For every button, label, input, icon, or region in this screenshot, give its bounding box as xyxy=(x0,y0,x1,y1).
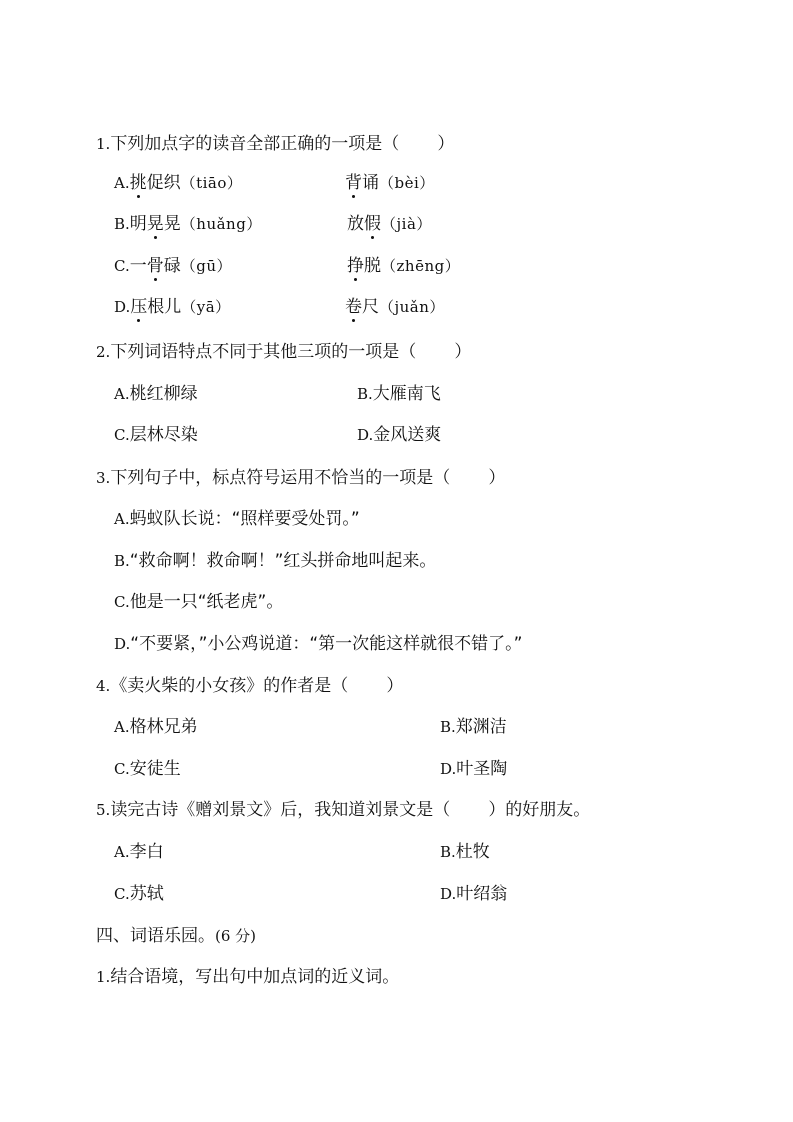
option-label: C. xyxy=(114,426,130,444)
option-label: B. xyxy=(114,552,130,570)
option-text: 杜牧 xyxy=(456,842,490,862)
question-4-stem: 4.《卖火柴的小女孩》的作者是（） xyxy=(96,675,403,697)
q5-option-c[interactable]: C.苏轼 xyxy=(114,883,164,905)
question-number: 4. xyxy=(96,677,110,695)
q3-option-a[interactable]: A.蚂蚁队长说：“照样要受处罚。” xyxy=(114,508,360,530)
pinyin: （bèi） xyxy=(379,174,435,192)
question-text: 下列句子中，标点符号运用不恰当的一项是（ xyxy=(110,468,450,488)
question-5-stem: 5.读完古诗《赠刘景文》后，我知道刘景文是（）的好朋友。 xyxy=(96,799,590,821)
q5-option-a[interactable]: A.李白 xyxy=(114,841,164,863)
option-label: D. xyxy=(114,635,130,653)
option-text: 桃红柳绿 xyxy=(130,384,198,404)
q2-option-c[interactable]: C.层林尽染 xyxy=(114,424,198,446)
dotted-character: 假 xyxy=(364,213,381,235)
section-score: (6 分) xyxy=(215,927,256,945)
question-2-stem: 2.下列词语特点不同于其他三项的一项是（） xyxy=(96,341,471,363)
dotted-character: 背 xyxy=(345,172,362,194)
option-text: 一 xyxy=(130,256,147,276)
question-text: 《卖火柴的小女孩》的作者是（ xyxy=(110,676,348,696)
option-text: 他是一只“纸老虎”。 xyxy=(130,592,284,612)
dotted-character: 晃 xyxy=(147,213,164,235)
option-label: C. xyxy=(114,593,130,611)
dotted-character: 挑 xyxy=(130,172,147,194)
option-text: 促织 xyxy=(147,173,181,193)
question-text: 读完古诗《赠刘景文》后，我知道刘景文是（ xyxy=(110,800,450,820)
option-text: “救命啊！救命啊！”红头拼命地叫起来。 xyxy=(130,551,437,571)
option-text: 放 xyxy=(347,214,364,234)
option-text: 明 xyxy=(130,214,147,234)
section-4-question-1: 1.结合语境，写出句中加点词的近义词。 xyxy=(96,966,399,988)
section-title: 四、词语乐园。 xyxy=(96,926,215,946)
option-label: B. xyxy=(440,718,456,736)
pinyin: （tiāo） xyxy=(181,174,243,192)
q5-option-b[interactable]: B.杜牧 xyxy=(440,841,490,863)
q1-option-c-right: 挣脱（zhēng） xyxy=(347,255,460,277)
option-label: A. xyxy=(114,385,130,403)
question-number: 2. xyxy=(96,343,110,361)
q1-option-d-right: 卷尺（juǎn） xyxy=(345,296,445,318)
option-label: C. xyxy=(114,885,130,903)
question-text-end: ）的好朋友。 xyxy=(488,800,590,820)
option-label: D. xyxy=(440,885,456,903)
option-label: A. xyxy=(114,843,130,861)
dotted-character: 卷 xyxy=(345,296,362,318)
pinyin: （zhēng） xyxy=(381,257,460,275)
option-text: 根儿 xyxy=(147,297,181,317)
pinyin: （yā） xyxy=(181,298,230,316)
option-label: C. xyxy=(114,257,130,275)
dotted-character: 压 xyxy=(130,296,147,318)
q3-option-c[interactable]: C.他是一只“纸老虎”。 xyxy=(114,591,283,613)
section-4-heading: 四、词语乐园。(6 分) xyxy=(96,925,256,947)
pinyin: （gū） xyxy=(181,257,232,275)
question-number: 1. xyxy=(96,135,110,153)
option-text: 郑渊洁 xyxy=(456,717,507,737)
q2-option-b[interactable]: B.大雁南飞 xyxy=(357,383,441,405)
q1-option-a-right: 背诵（bèi） xyxy=(345,172,435,194)
pinyin: （juǎn） xyxy=(379,298,445,316)
question-text-end: ） xyxy=(437,134,454,154)
option-text: 李白 xyxy=(130,842,164,862)
question-text-end: ） xyxy=(454,342,471,362)
option-text: 蚂蚁队长说：“照样要受处罚。” xyxy=(130,509,360,529)
question-text-end: ） xyxy=(386,676,403,696)
option-text: 格林兄弟 xyxy=(130,717,198,737)
option-text: 苏轼 xyxy=(130,884,164,904)
q1-option-a-left: A.挑促织（tiāo） xyxy=(114,172,242,194)
question-text: 下列加点字的读音全部正确的一项是（ xyxy=(110,134,399,154)
q4-option-b[interactable]: B.郑渊洁 xyxy=(440,716,507,738)
option-text: 金风送爽 xyxy=(373,425,441,445)
option-label: C. xyxy=(114,760,130,778)
q1-option-b-left: B.明晃晃（huǎng） xyxy=(114,213,262,235)
option-label: D. xyxy=(440,760,456,778)
option-text: 安徒生 xyxy=(130,759,181,779)
option-label: B. xyxy=(357,385,373,403)
option-label: B. xyxy=(440,843,456,861)
question-number: 1. xyxy=(96,968,110,986)
option-text: 大雁南飞 xyxy=(373,384,441,404)
option-label: D. xyxy=(357,426,373,444)
question-text-end: ） xyxy=(488,468,505,488)
q3-option-d[interactable]: D.“不要紧，”小公鸡说道：“第一次能这样就很不错了。” xyxy=(114,633,523,655)
question-text: 结合语境，写出句中加点词的近义词。 xyxy=(110,967,399,987)
question-number: 3. xyxy=(96,469,110,487)
option-text: “不要紧，”小公鸡说道：“第一次能这样就很不错了。” xyxy=(130,634,522,654)
option-text: 叶圣陶 xyxy=(456,759,507,779)
dotted-character: 骨 xyxy=(147,255,164,277)
q1-option-c-left: C.一骨碌（gū） xyxy=(114,255,232,277)
q3-option-b[interactable]: B.“救命啊！救命啊！”红头拼命地叫起来。 xyxy=(114,550,436,572)
option-text: 脱 xyxy=(364,256,381,276)
option-text: 晃 xyxy=(164,214,181,234)
q1-option-d-left: D.压根儿（yā） xyxy=(114,296,231,318)
option-label: A. xyxy=(114,718,130,736)
option-label: B. xyxy=(114,215,130,233)
option-text: 叶绍翁 xyxy=(456,884,507,904)
option-label: A. xyxy=(114,174,130,192)
question-text: 下列词语特点不同于其他三项的一项是（ xyxy=(110,342,416,362)
q4-option-a[interactable]: A.格林兄弟 xyxy=(114,716,198,738)
option-label: D. xyxy=(114,298,130,316)
option-text: 层林尽染 xyxy=(130,425,198,445)
question-3-stem: 3.下列句子中，标点符号运用不恰当的一项是（） xyxy=(96,467,505,489)
option-text: 诵 xyxy=(362,173,379,193)
q4-option-c[interactable]: C.安徒生 xyxy=(114,758,181,780)
option-label: A. xyxy=(114,510,130,528)
q1-option-b-right: 放假（jià） xyxy=(347,213,432,235)
question-1-stem: 1.下列加点字的读音全部正确的一项是（） xyxy=(96,133,454,155)
q2-option-a[interactable]: A.桃红柳绿 xyxy=(114,383,198,405)
dotted-character: 挣 xyxy=(347,255,364,277)
q4-option-d[interactable]: D.叶圣陶 xyxy=(440,758,507,780)
option-text: 碌 xyxy=(164,256,181,276)
q2-option-d[interactable]: D.金风送爽 xyxy=(357,424,441,446)
option-text: 尺 xyxy=(362,297,379,317)
pinyin: （huǎng） xyxy=(181,215,262,233)
pinyin: （jià） xyxy=(381,215,432,233)
q5-option-d[interactable]: D.叶绍翁 xyxy=(440,883,507,905)
question-number: 5. xyxy=(96,801,110,819)
